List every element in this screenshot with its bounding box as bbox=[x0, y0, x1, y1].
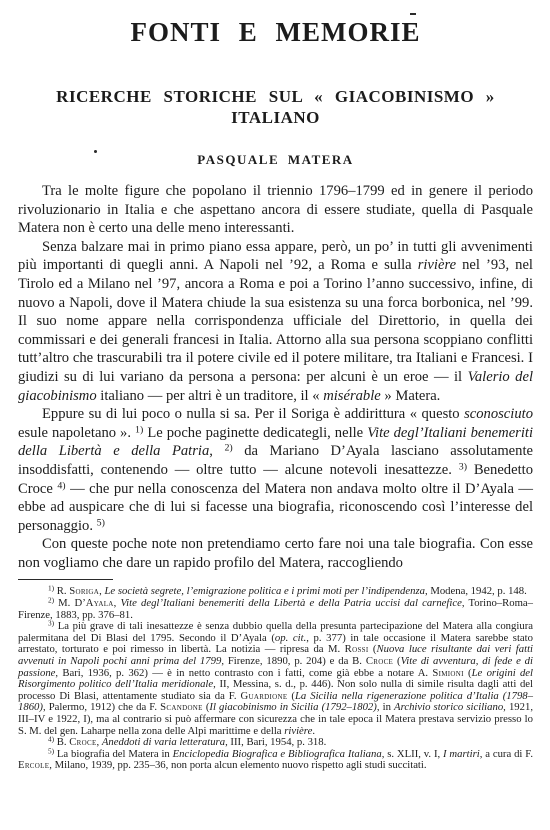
footnote: 3) La più grave di tali inesattezze è se… bbox=[18, 621, 533, 737]
body-paragraph: Senza balzare mai in primo piano essa ap… bbox=[18, 238, 533, 405]
footnote: 2) M. D’Ayala, Vite degl’Italiani beneme… bbox=[18, 598, 533, 621]
footnote: 5) La biografia del Matera in Encicloped… bbox=[18, 749, 533, 772]
body-text: Tra le molte figure che popolano il trie… bbox=[18, 182, 533, 572]
scan-speck-dash bbox=[410, 13, 416, 15]
series-heading: FONTI E MEMORIE bbox=[18, 18, 533, 46]
article-title-line1: RICERCHE STORICHE SUL « GIACOBINISMO » bbox=[56, 87, 495, 106]
body-paragraph: Con queste poche note non pretendiamo ce… bbox=[18, 535, 533, 572]
footnotes: 1) R. Soriga, Le società segrete, l’emig… bbox=[18, 586, 533, 772]
body-paragraph: Eppure su di lui poco o nulla si sa. Per… bbox=[18, 405, 533, 535]
article-title-line2: ITALIANO bbox=[231, 108, 320, 127]
body-paragraph: Tra le molte figure che popolano il trie… bbox=[18, 182, 533, 238]
scan-speck-dot bbox=[94, 150, 97, 153]
article-title: RICERCHE STORICHE SUL « GIACOBINISMO » I… bbox=[18, 86, 533, 128]
scanned-journal-page: FONTI E MEMORIE RICERCHE STORICHE SUL « … bbox=[0, 0, 550, 830]
footnote-separator bbox=[18, 579, 113, 580]
author-name: PASQUALE MATERA bbox=[18, 152, 533, 167]
